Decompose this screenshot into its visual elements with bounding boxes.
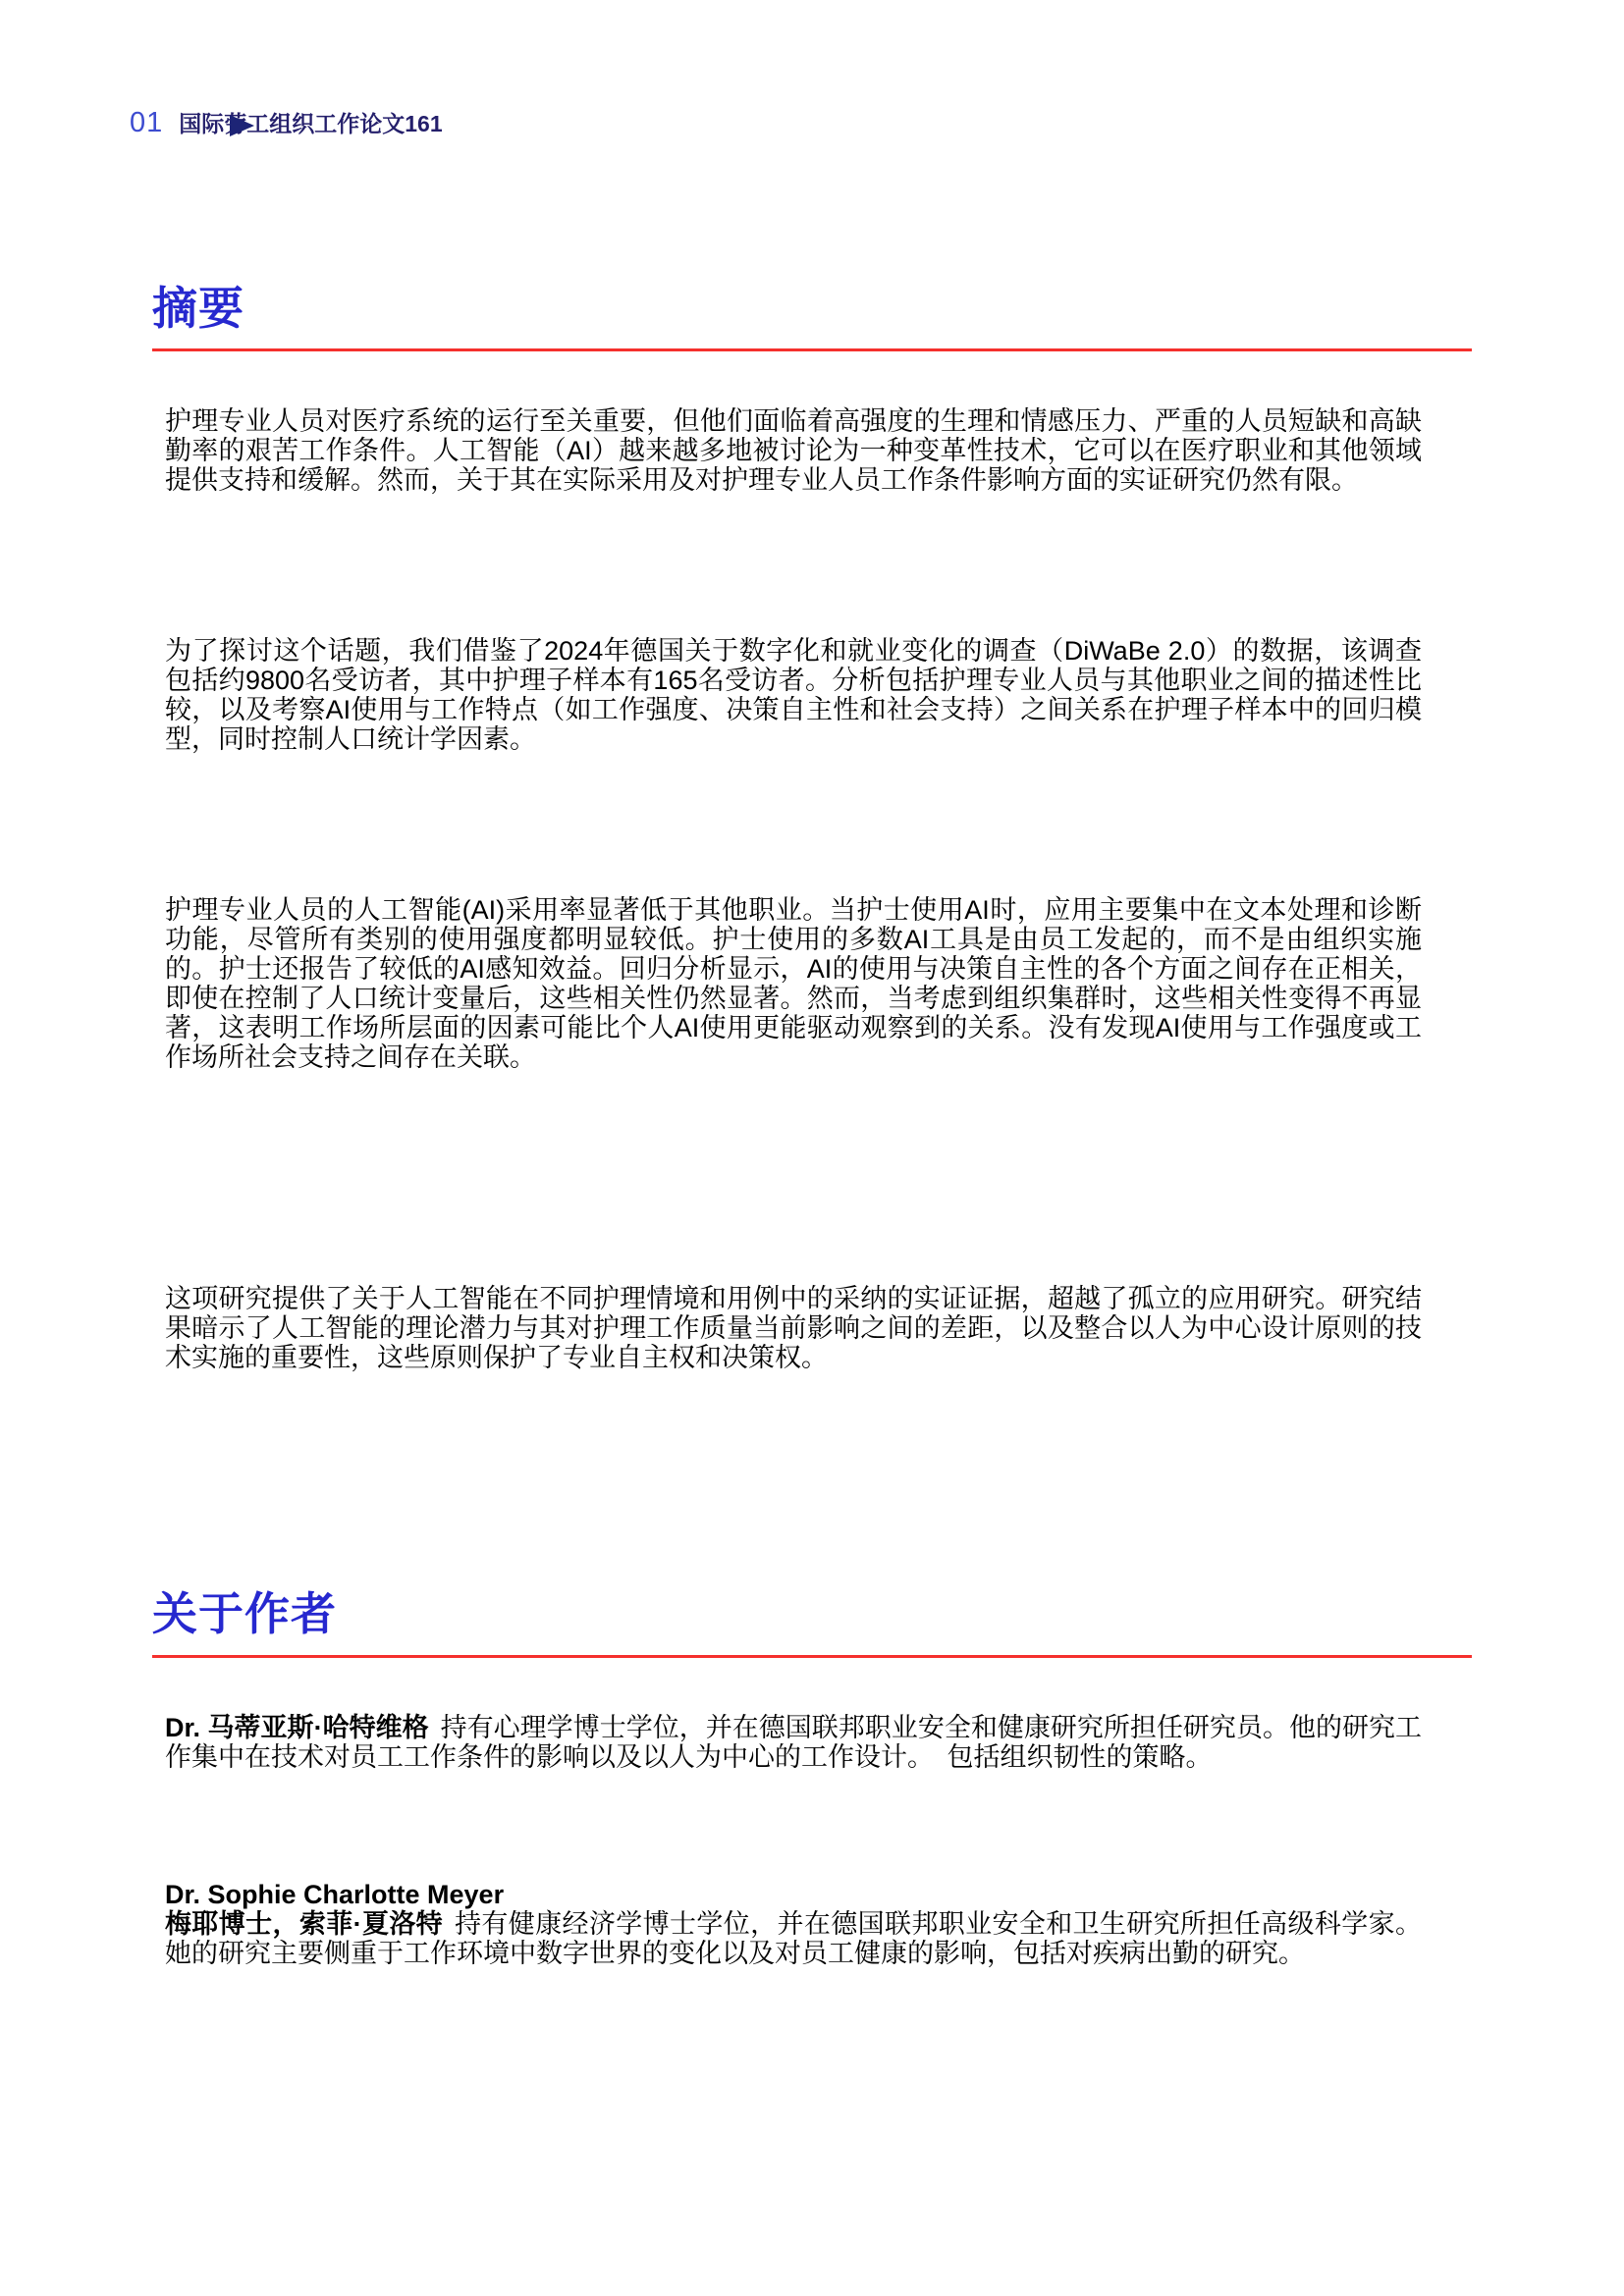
- header-title: 国际劳工组织工作论文161: [179, 106, 442, 138]
- author-2-name-en: Dr. Sophie Charlotte Meyer: [165, 1880, 1422, 1909]
- author-bio-1: Dr. 马蒂亚斯·哈特维格持有心理学博士学位，并在德国联邦职业安全和健康研究所担…: [165, 1713, 1422, 1772]
- triangle-marker-icon: [230, 115, 254, 136]
- abstract-heading: 摘要: [152, 273, 244, 338]
- author-2-name: 梅耶博士，索菲·夏洛特: [165, 1909, 443, 1939]
- document-page: 01 国际劳工组织工作论文161 摘要 护理专业人员对医疗系统的运行至关重要，但…: [0, 0, 1624, 2296]
- author-1-name: Dr. 马蒂亚斯·哈特维格: [165, 1713, 429, 1742]
- abstract-divider: [152, 348, 1472, 351]
- page-number: 01: [130, 107, 163, 139]
- abstract-paragraph-3: 护理专业人员的人工智能(AI)采用率显著低于其他职业。当护士使用AI时，应用主要…: [165, 895, 1422, 1072]
- abstract-paragraph-4: 这项研究提供了关于人工智能在不同护理情境和用例中的采纳的实证证据，超越了孤立的应…: [165, 1284, 1422, 1372]
- abstract-paragraph-1: 护理专业人员对医疗系统的运行至关重要，但他们面临着高强度的生理和情感压力、严重的…: [165, 406, 1422, 495]
- abstract-paragraph-2: 为了探讨这个话题，我们借鉴了2024年德国关于数字化和就业变化的调查（DiWaB…: [165, 636, 1422, 754]
- author-bio-2: Dr. Sophie Charlotte Meyer梅耶博士，索菲·夏洛特持有健…: [165, 1880, 1422, 1968]
- authors-heading: 关于作者: [152, 1578, 337, 1643]
- authors-divider: [152, 1655, 1472, 1658]
- page-header: 01 国际劳工组织工作论文161: [130, 106, 443, 139]
